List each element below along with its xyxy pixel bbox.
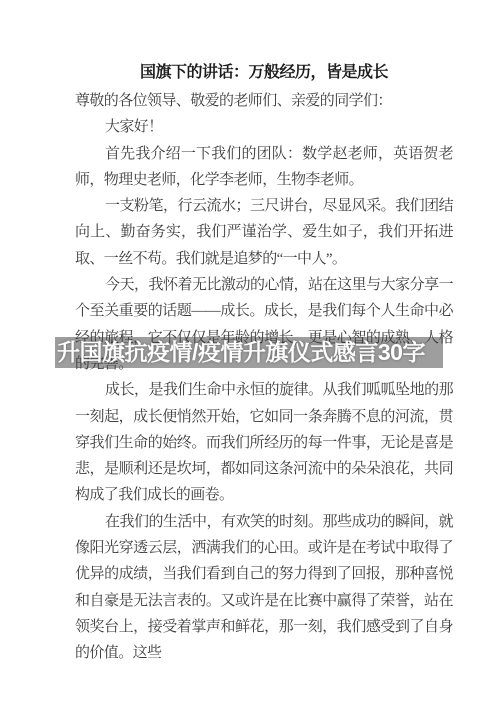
document-body: 尊敬的各位领导、敬爱的老师们、亲爱的同学们：大家好！首先我介绍一下我们的团队：数…	[75, 88, 453, 667]
paragraph: 尊敬的各位领导、敬爱的老师们、亲爱的同学们：	[75, 88, 453, 114]
paragraph: 在我们的生活中，有欢笑的时刻。那些成功的瞬间，就像阳光穿透云层，洒满我们的心田。…	[75, 509, 453, 667]
paragraph: 大家好！	[75, 114, 453, 140]
paragraph: 首先我介绍一下我们的团队：数学赵老师，英语贺老师，物理史老师，化学李老师，生物李…	[75, 141, 453, 194]
paragraph: 一支粉笔，行云流水；三尺讲台，尽显风采。我们团结向上、勤奋务实，我们严谨治学、爱…	[75, 193, 453, 272]
caption-banner-overlay: 升国旗抗疫情/疫情升旗仪式感言30字	[55, 337, 443, 368]
caption-banner-text: 升国旗抗疫情/疫情升旗仪式感言30字	[55, 337, 425, 368]
paragraph: 成长，是我们生命中永恒的旋律。从我们呱呱坠地的那一刻起，成长便悄然开始，它如同一…	[75, 377, 453, 508]
document-title: 国旗下的讲话：万般经历，皆是成长	[75, 64, 453, 82]
document-page: 国旗下的讲话：万般经历，皆是成长 尊敬的各位领导、敬爱的老师们、亲爱的同学们：大…	[0, 0, 500, 706]
